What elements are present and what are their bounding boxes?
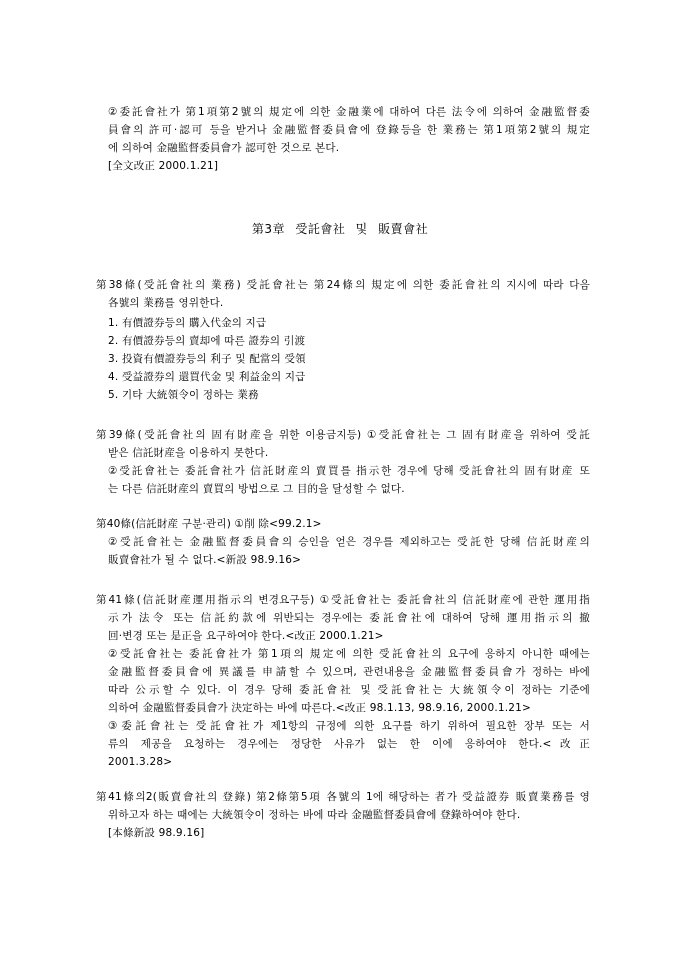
list-item: 4. 受益證券의 還買代金 및 利益金의 지급 — [108, 368, 306, 386]
article-heading: 第40條(信託財産 구분·관리) ①削 除<99.2.1> — [96, 515, 322, 533]
paragraph-line: ②受託會社는 金融監督委員會의 승인을 얻은 경우를 제외하고는 受託한 당해 … — [108, 533, 590, 551]
article-heading: 第41條(信託財産運用指示의 변경요구등) ①受託會社는 委託會社의 信託財産에… — [96, 591, 590, 609]
paragraph-line: ③委託會社는 受託會社가 제1항의 규정에 의한 요구를 하기 위하여 필요한 … — [108, 717, 590, 735]
article-heading: 第41條의2(販賣會社의 登錄) 第2條第5項 各號의 1에 해당하는 者가 受… — [96, 788, 590, 806]
paragraph-line: 받은 信託財産을 이용하지 못한다. — [108, 444, 268, 462]
article-heading: 第39條(受託會社의 固有財産을 위한 이용금지등) ①受託會社는 그 固有財産… — [96, 426, 590, 444]
paragraph-line: 에 의하여 金融監督委員會가 認可한 것으로 본다. — [108, 139, 339, 157]
paragraph-line: 各號의 業務를 영위한다. — [108, 294, 223, 312]
chapter-title: 第3章 受託會社 및 販賣會社 — [0, 220, 680, 238]
paragraph-line: 回·변경 또는 是正을 요구하여야 한다.<改正 2000.1.21> — [108, 627, 384, 645]
paragraph-line: 金融監督委員會에 異議를 申請할 수 있으며, 관련내용을 金融監督委員會가 정… — [108, 663, 590, 681]
document-page: ②委託會社가 第1項第2號의 規定에 의한 金融業에 대하여 다른 法令에 의하… — [0, 0, 680, 962]
paragraph-line: 販賣會社가 될 수 없다.<新設 98.9.16> — [108, 551, 301, 569]
paragraph-line: 위하고자 하는 때에는 大統領令이 정하는 바에 따라 金融監督委員會에 登錄하… — [108, 806, 520, 824]
list-item: 3. 投資有價證券등의 利子 및 配當의 受領 — [108, 350, 306, 368]
paragraph-line: 의하여 金融監督委員會가 決定하는 바에 따른다.<改正 98.1.13, 98… — [108, 699, 531, 717]
paragraph-line: 류의 제공을 요청하는 경우에는 정당한 사유가 없는 한 이에 응하여야 한다… — [108, 735, 590, 753]
paragraph-line: 따라 公示할 수 있다. 이 경우 당해 委託會社 및 受託會社는 大統領令이 … — [108, 681, 590, 699]
list-item: 1. 有價證券등의 購入代金의 지급 — [108, 314, 266, 332]
paragraph-line: ②受託會社는 委託會社가 第1項의 規定에 의한 受託會社의 요구에 응하지 아… — [108, 645, 590, 663]
amendment-note: [全文改正 2000.1.21] — [108, 157, 218, 175]
paragraph-line: 員會의 許可·認可 등을 받거나 金融監督委員會에 登錄등을 한 業務는 第1項… — [108, 121, 590, 139]
article-heading: 第38條(受託會社의 業務) 受託會社는 第24條의 規定에 의한 委託會社의 … — [96, 276, 590, 294]
paragraph-line: 는 다른 信託財産의 賣買의 방법으로 그 目的을 달성할 수 없다. — [108, 480, 405, 498]
amendment-note: 2001.3.28> — [108, 753, 172, 771]
list-item: 2. 有價證券등의 賣却에 따른 證券의 引渡 — [108, 332, 305, 350]
paragraph-line: ②委託會社가 第1項第2號의 規定에 의한 金融業에 대하여 다른 法令에 의하… — [108, 103, 590, 121]
amendment-note: [本條新設 98.9.16] — [108, 824, 204, 842]
list-item: 5. 기타 大統領令이 정하는 業務 — [108, 386, 259, 404]
paragraph-line: 示가 法令 또는 信託約款에 위반되는 경우에는 委託會社에 대하여 당해 運用… — [108, 609, 590, 627]
paragraph-line: ②受託會社는 委託會社가 信託財産의 賣買를 指示한 경우에 당해 受託會社의 … — [108, 462, 590, 480]
